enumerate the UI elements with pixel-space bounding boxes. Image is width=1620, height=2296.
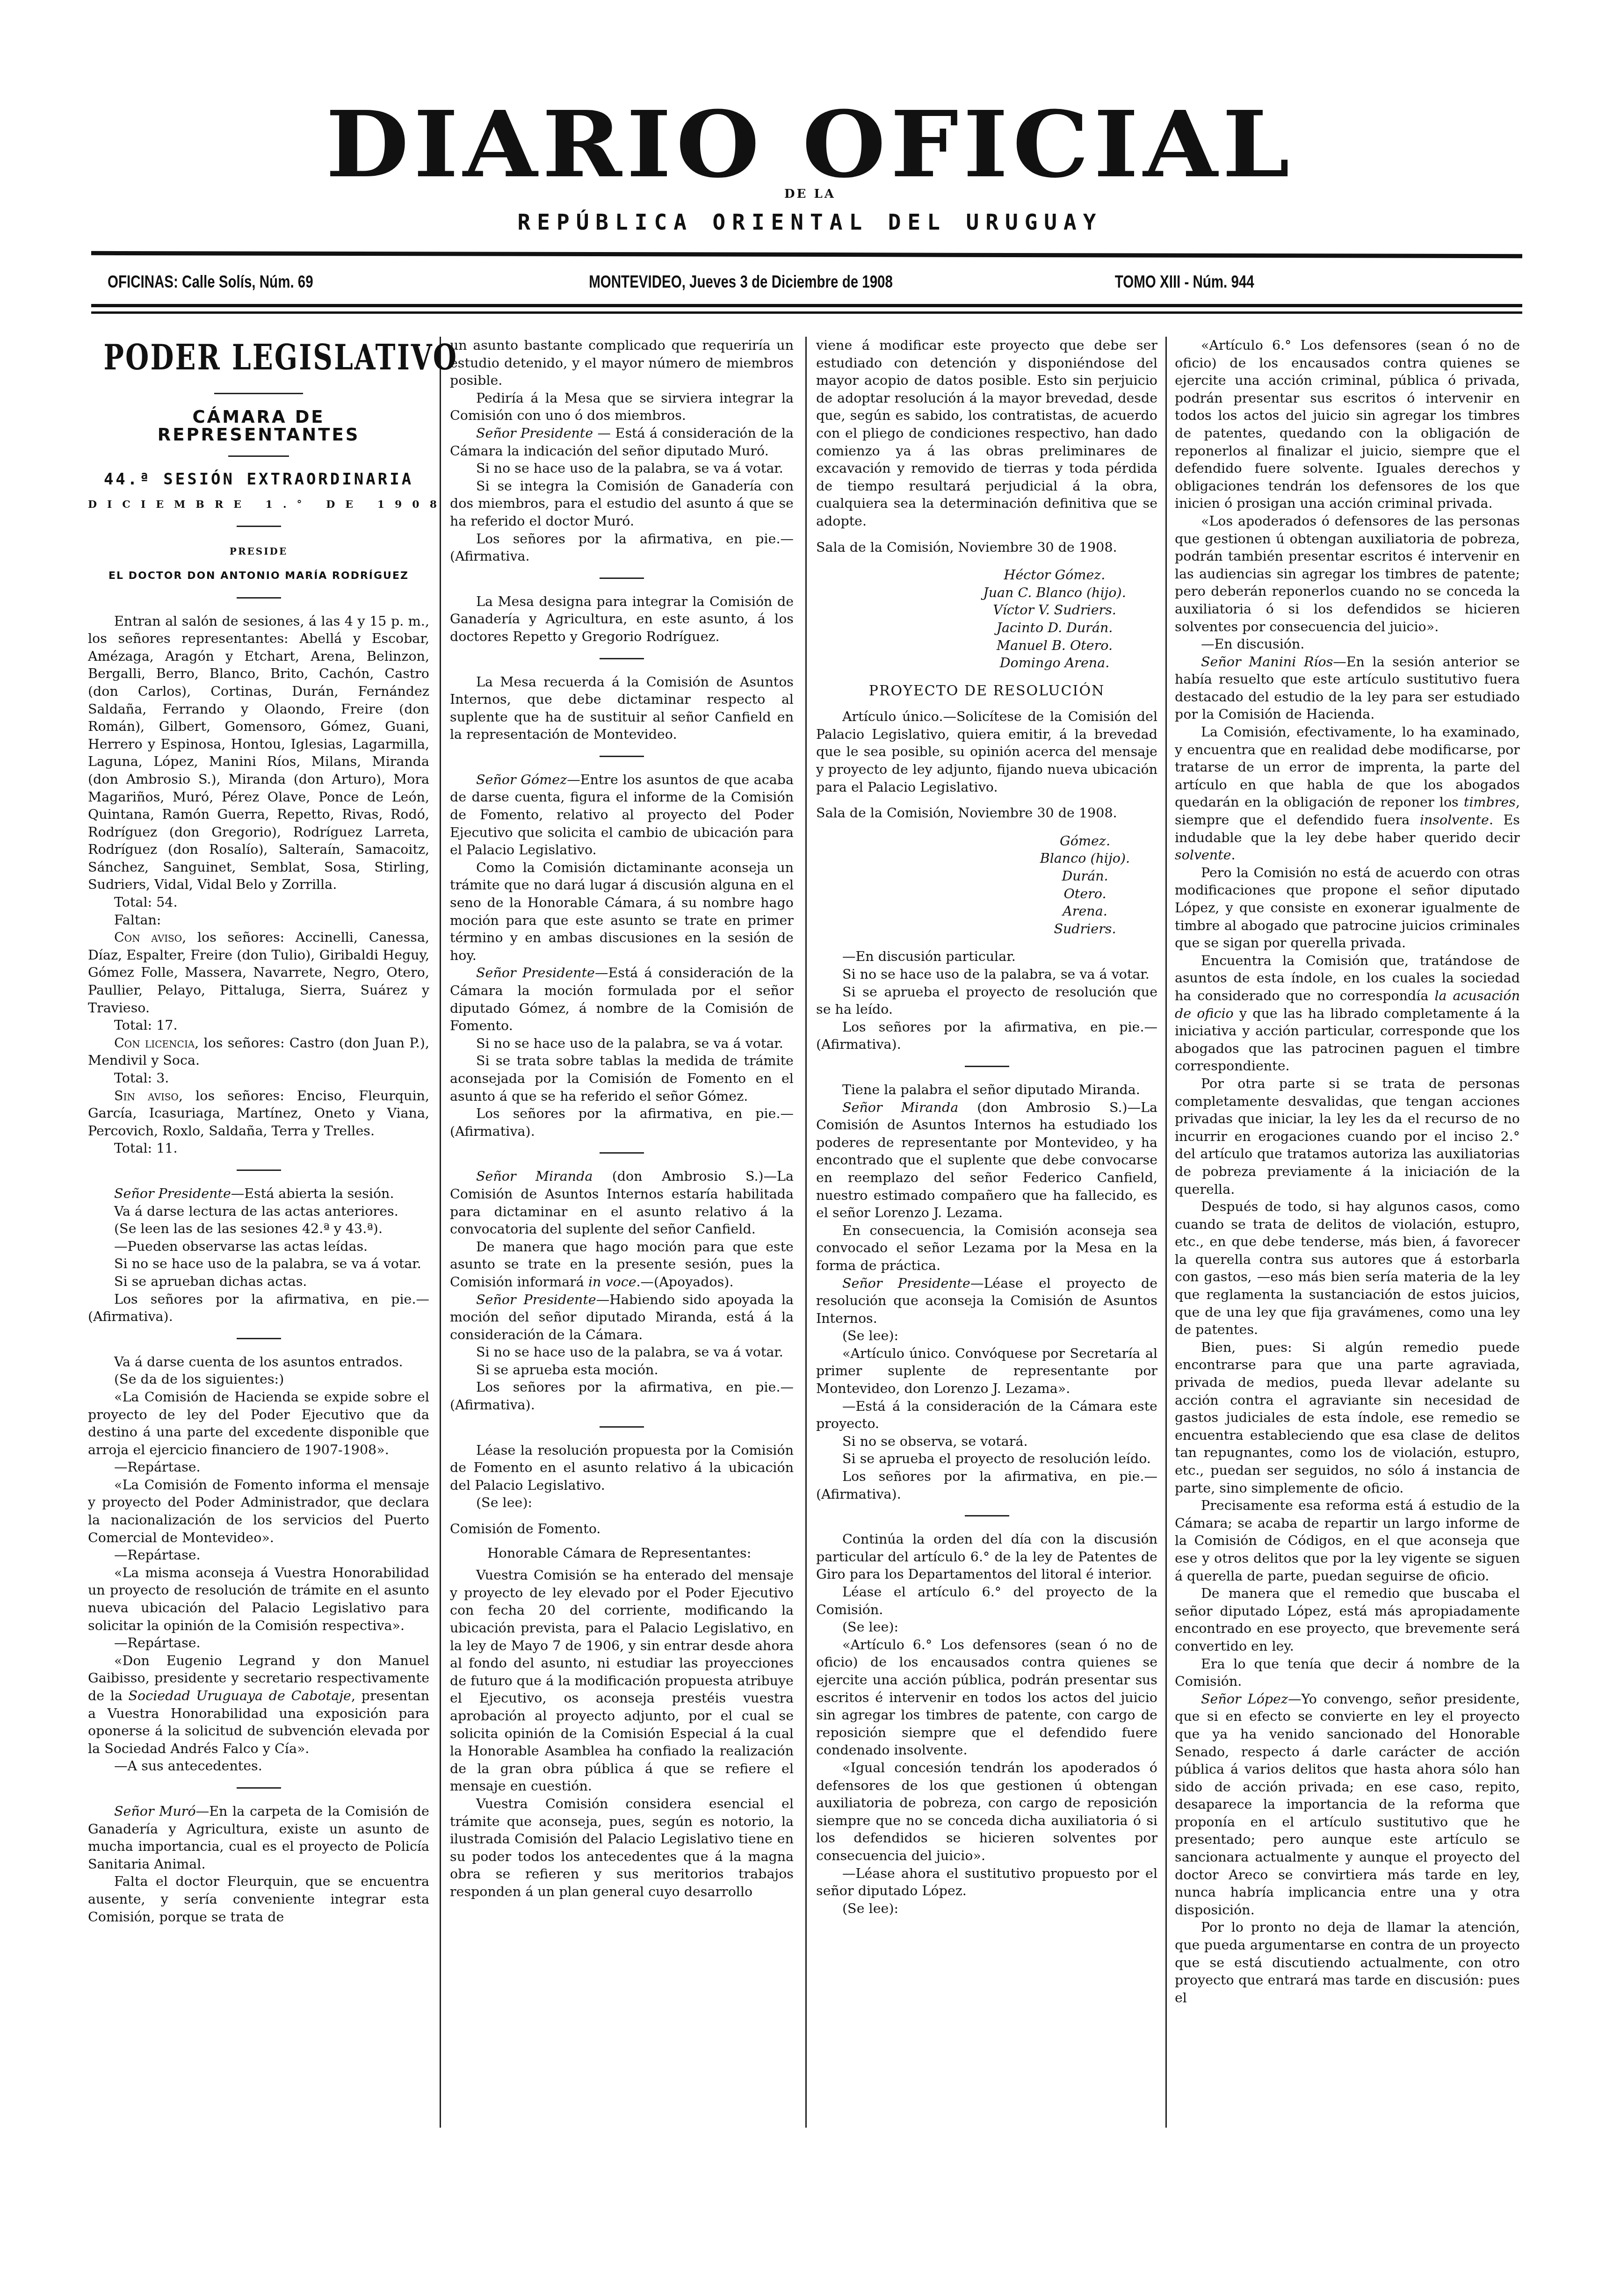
separator	[600, 658, 644, 659]
separator	[237, 526, 281, 527]
committee-name: Comisión de Fomento.	[450, 1520, 794, 1538]
masthead: DIARIO OFICIAL DE LA REPÚBLICA ORIENTAL …	[0, 0, 1620, 327]
separator	[237, 597, 281, 599]
paragraph: Si no se hace uso de la palabra, se va á…	[450, 1035, 794, 1053]
column-1: PODER LEGISLATIVO CÁMARA DE REPRESENTANT…	[88, 337, 429, 2137]
signature: Domingo Arena.	[816, 654, 1157, 672]
speaker-name: Señor Muró	[114, 1804, 196, 1819]
speech-paragraph: Señor Gómez—Entre los asuntos de que aca…	[450, 771, 794, 859]
paragraph: (Se lee):	[816, 1618, 1157, 1636]
paragraph: Falta el doctor Fleurquin, que se encuen…	[88, 1873, 429, 1926]
republic-line: REPÚBLICA ORIENTAL DEL URUGUAY	[0, 209, 1620, 235]
paragraph: Pero la Comisión no está de acuerdo con …	[1175, 864, 1520, 952]
signing-place-date: Sala de la Comisión, Noviembre 30 de 190…	[816, 539, 1157, 556]
speech-paragraph: Señor Presidente—Está abierta la sesión.	[88, 1185, 429, 1203]
speaker-name: Señor Miranda	[476, 1169, 593, 1184]
volume-number: TOMO XIII - Núm. 944	[1115, 272, 1254, 292]
preside-name: EL DOCTOR DON ANTONIO MARÍA RODRÍGUEZ	[88, 567, 429, 585]
signing-place-date: Sala de la Comisión, Noviembre 30 de 190…	[816, 804, 1157, 822]
paragraph: Si no se hace uso de la palabra, se va á…	[88, 1255, 429, 1273]
paragraph: —Pueden observarse las actas leídas.	[88, 1238, 429, 1256]
paragraph: Va á darse cuenta de los asuntos entrado…	[88, 1353, 429, 1371]
paragraph: Si se aprueban dichas actas.	[88, 1273, 429, 1291]
paragraph: Si se trata sobre tablas la medida de tr…	[450, 1052, 794, 1105]
paragraph: «La Comisión de Fomento informa el mensa…	[88, 1476, 429, 1546]
total-without-notice: Total: 11.	[88, 1140, 429, 1157]
paragraph: Los señores por la afirmativa, en pie.—(…	[450, 1105, 794, 1140]
paragraph: De manera que el remedio que buscaba el …	[1175, 1585, 1520, 1655]
paragraph: Si se aprueba el proyecto de resolución …	[816, 1450, 1157, 1468]
speech-paragraph: Señor Presidente—Está á consideración de…	[450, 964, 794, 1034]
speaker-name: Señor Presidente	[114, 1186, 231, 1201]
paragraph: (Se leen las de las sesiones 42.ª y 43.ª…	[88, 1220, 429, 1238]
total-present: Total: 54.	[88, 894, 429, 911]
total-on-leave: Total: 3.	[88, 1069, 429, 1087]
speaker-name: Señor Presidente	[842, 1276, 970, 1291]
info-line: OFICINAS: Calle Solís, Núm. 69 MONTEVIDE…	[108, 270, 1254, 294]
paragraph: «Igual concesión tendrán los apoderados …	[816, 1759, 1157, 1865]
paragraph: —En discusión.	[1175, 635, 1520, 653]
speaker-name: Señor Manini Ríos	[1201, 654, 1333, 670]
attendance-paragraph: Entran al salón de sesiones, á las 4 y 1…	[88, 613, 429, 894]
signature: Manuel B. Otero.	[816, 637, 1157, 655]
paragraph: Artículo único.—Solicítese de la Comisió…	[816, 708, 1157, 796]
paragraph: «Artículo 6.° Los defensores (sean ó no …	[1175, 337, 1520, 513]
paragraph: «Artículo 6.° Los defensores (sean ó no …	[816, 1636, 1157, 1759]
separator	[600, 1152, 644, 1154]
paragraph: Como la Comisión dictaminante aconseja u…	[450, 859, 794, 965]
double-rule-top	[91, 304, 1522, 307]
preside-label: PRESIDE	[88, 543, 429, 561]
paragraph: Si no se observa, se votará.	[816, 1433, 1157, 1451]
column-2: un asunto bastante complicado que requer…	[450, 337, 794, 2137]
separator	[237, 1170, 281, 1171]
speech-paragraph: Señor Manini Ríos—En la sesión anterior …	[1175, 653, 1520, 723]
salutation: Honorable Cámara de Representantes:	[450, 1545, 794, 1562]
paragraph: Los señores por la afirmativa, en pie.—(…	[816, 1018, 1157, 1054]
paragraph: (Se da de los siguientes:)	[88, 1371, 429, 1388]
separator	[600, 1426, 644, 1428]
speaker-name: Señor Miranda	[842, 1100, 958, 1115]
paragraph: Por lo pronto no deja de llamar la atenc…	[1175, 1919, 1520, 2007]
signature: Arena.	[816, 903, 1157, 920]
paragraph: Los señores por la afirmativa, en pie.—(…	[450, 1379, 794, 1414]
absent-without-notice: Sin aviso, los señores: Enciso, Fleurqui…	[88, 1087, 429, 1140]
dateline: MONTEVIDEO, Jueves 3 de Diciembre de 190…	[589, 272, 893, 292]
signature: Juan C. Blanco (hijo).	[816, 584, 1157, 602]
paragraph: La Mesa recuerda á la Comisión de Asunto…	[450, 673, 794, 744]
paragraph: (Se lee):	[816, 1900, 1157, 1918]
signature: Jacinto D. Durán.	[816, 619, 1157, 637]
paragraph: Por otra parte si se trata de personas c…	[1175, 1075, 1520, 1198]
speech-paragraph: Señor Miranda (don Ambrosio S.)—La Comis…	[816, 1099, 1157, 1222]
offices-address: OFICINAS: Calle Solís, Núm. 69	[108, 272, 313, 292]
paragraph: Léase el artículo 6.° del proyecto de la…	[816, 1583, 1157, 1618]
speech-paragraph: Señor Muró—En la carpeta de la Comisión …	[88, 1803, 429, 1873]
speaker-name: Señor Presidente	[476, 1292, 596, 1307]
paragraph: —A sus antecedentes.	[88, 1757, 429, 1775]
session-date: DICIEMBRE 1.° DE 1908	[88, 496, 429, 514]
paragraph: Continúa la orden del día con la discusi…	[816, 1531, 1157, 1583]
paragraph: Los señores por la afirmativa, en pie.—(…	[88, 1291, 429, 1326]
paragraph: Tiene la palabra el señor diputado Miran…	[816, 1081, 1157, 1099]
separator	[965, 1515, 1009, 1516]
paragraph: «La misma aconseja á Vuestra Honorabilid…	[88, 1564, 429, 1634]
paragraph: Pediría á la Mesa que se sirviera integr…	[450, 390, 794, 425]
paragraph: —Está á la consideración de la Cámara es…	[816, 1398, 1157, 1433]
chamber-heading: CÁMARA DE REPRESENTANTES	[88, 408, 429, 443]
separator	[237, 1787, 281, 1789]
section-title: PODER LEGISLATIVO	[104, 337, 414, 379]
separator	[600, 578, 644, 579]
separator	[965, 1066, 1009, 1067]
paragraph: Si se aprueba el proyecto de resolución …	[816, 983, 1157, 1018]
paragraph: «Artículo único. Convóquese por Secretar…	[816, 1345, 1157, 1398]
paragraph: De manera que hago moción para que este …	[450, 1238, 794, 1291]
de-la-line: DE LA	[0, 187, 1620, 201]
signature: Durán.	[816, 867, 1157, 885]
separator	[214, 393, 303, 394]
paragraph: Vuestra Comisión se ha enterado del mens…	[450, 1567, 794, 1795]
paragraph: Era lo que tenía que decir á nombre de l…	[1175, 1655, 1520, 1690]
paragraph: Léase la resolución propuesta por la Com…	[450, 1442, 794, 1495]
signature: Otero.	[816, 885, 1157, 903]
paragraph: —En discusión particular.	[816, 948, 1157, 966]
paragraph: «Los apoderados ó defensores de las pers…	[1175, 513, 1520, 635]
paragraph: Si se aprueba esta moción.	[450, 1361, 794, 1379]
signature-block: Gómez. Blanco (hijo). Durán. Otero. Aren…	[816, 832, 1157, 938]
signature: Blanco (hijo).	[816, 850, 1157, 867]
paragraph: Encuentra la Comisión que, tratándose de…	[1175, 952, 1520, 1075]
absent-with-notice: Con aviso, los señores: Accinelli, Canes…	[88, 929, 429, 1017]
paragraph: —Repártase.	[88, 1458, 429, 1476]
signature-block: Héctor Gómez. Juan C. Blanco (hijo). Víc…	[816, 566, 1157, 672]
column-divider	[440, 337, 441, 2128]
column-divider	[805, 337, 807, 2128]
paragraph: Después de todo, si hay algunos casos, c…	[1175, 1198, 1520, 1339]
separator	[600, 756, 644, 757]
paragraph: «Don Eugenio Legrand y don Manuel Gaibis…	[88, 1652, 429, 1758]
paragraph: La Comisión, efectivamente, lo ha examin…	[1175, 723, 1520, 864]
paragraph: Bien, pues: Si algún remedio puede encon…	[1175, 1339, 1520, 1497]
signature: Gómez.	[816, 832, 1157, 850]
signature: Sudriers.	[816, 920, 1157, 938]
speaker-name: Señor Presidente	[476, 965, 595, 981]
header-rule	[91, 251, 1522, 258]
paragraph: —Repártase.	[88, 1634, 429, 1652]
paragraph: Vuestra Comisión considera esencial el t…	[450, 1795, 794, 1901]
resolution-heading: PROYECTO DE RESOLUCIÓN	[816, 682, 1157, 700]
column-3: viene á modificar este proyecto que debe…	[816, 337, 1157, 2137]
paragraph: Si no se hace uso de la palabra, se va á…	[450, 1343, 794, 1361]
separator	[228, 455, 289, 457]
speech-paragraph: Señor Presidente—Habiendo sido apoyada l…	[450, 1291, 794, 1344]
absent-label: Faltan:	[88, 911, 429, 929]
paragraph: En consecuencia, la Comisión aconseja se…	[816, 1222, 1157, 1275]
paragraph: Va á darse lectura de las actas anterior…	[88, 1203, 429, 1220]
paragraph: un asunto bastante complicado que requer…	[450, 337, 794, 390]
speech-paragraph: Señor Presidente — Está á consideración …	[450, 425, 794, 460]
speaker-name: Señor Gómez	[476, 772, 567, 787]
paragraph: Los señores por la afirmativa, en pie.—(…	[450, 530, 794, 565]
separator	[237, 1338, 281, 1339]
paragraph: Los señores por la afirmativa, en pie.—(…	[816, 1468, 1157, 1503]
speaker-name: Señor Presidente	[476, 426, 593, 441]
paragraph: —Léase ahora el sustitutivo propuesto po…	[816, 1865, 1157, 1900]
absent-on-leave: Con licencia, los señores: Castro (don J…	[88, 1034, 429, 1069]
speech-paragraph: Señor Miranda (don Ambrosio S.)—La Comis…	[450, 1168, 794, 1238]
paragraph: «La Comisión de Hacienda se expide sobre…	[88, 1388, 429, 1458]
signature: Héctor Gómez.	[816, 566, 1157, 584]
paragraph: Precisamente esa reforma está á estudio …	[1175, 1497, 1520, 1585]
column-divider	[1165, 337, 1167, 2128]
paragraph: —Repártase.	[88, 1546, 429, 1564]
total-with-notice: Total: 17.	[88, 1017, 429, 1034]
paragraph: viene á modificar este proyecto que debe…	[816, 337, 1157, 530]
paragraph: La Mesa designa para integrar la Comisió…	[450, 593, 794, 646]
speech-paragraph: Señor Presidente—Léase el proyecto de re…	[816, 1275, 1157, 1328]
speaker-name: Señor López	[1201, 1691, 1288, 1707]
paragraph: Si no se hace uso de la palabra, se va á…	[816, 966, 1157, 983]
double-rule-bottom	[91, 311, 1522, 314]
session-heading: 44.ª SESIÓN EXTRAORDINARIA	[88, 471, 429, 489]
column-4: «Artículo 6.° Los defensores (sean ó no …	[1175, 337, 1520, 2137]
paragraph: (Se lee):	[450, 1494, 794, 1512]
paragraph: (Se lee):	[816, 1327, 1157, 1345]
speech-paragraph: Señor López—Yo convengo, señor president…	[1175, 1690, 1520, 1919]
paragraph: Si se integra la Comisión de Ganadería c…	[450, 477, 794, 530]
paragraph: Si no se hace uso de la palabra, se va á…	[450, 460, 794, 477]
newspaper-title: DIARIO OFICIAL	[0, 96, 1620, 194]
signature: Víctor V. Sudriers.	[816, 601, 1157, 619]
